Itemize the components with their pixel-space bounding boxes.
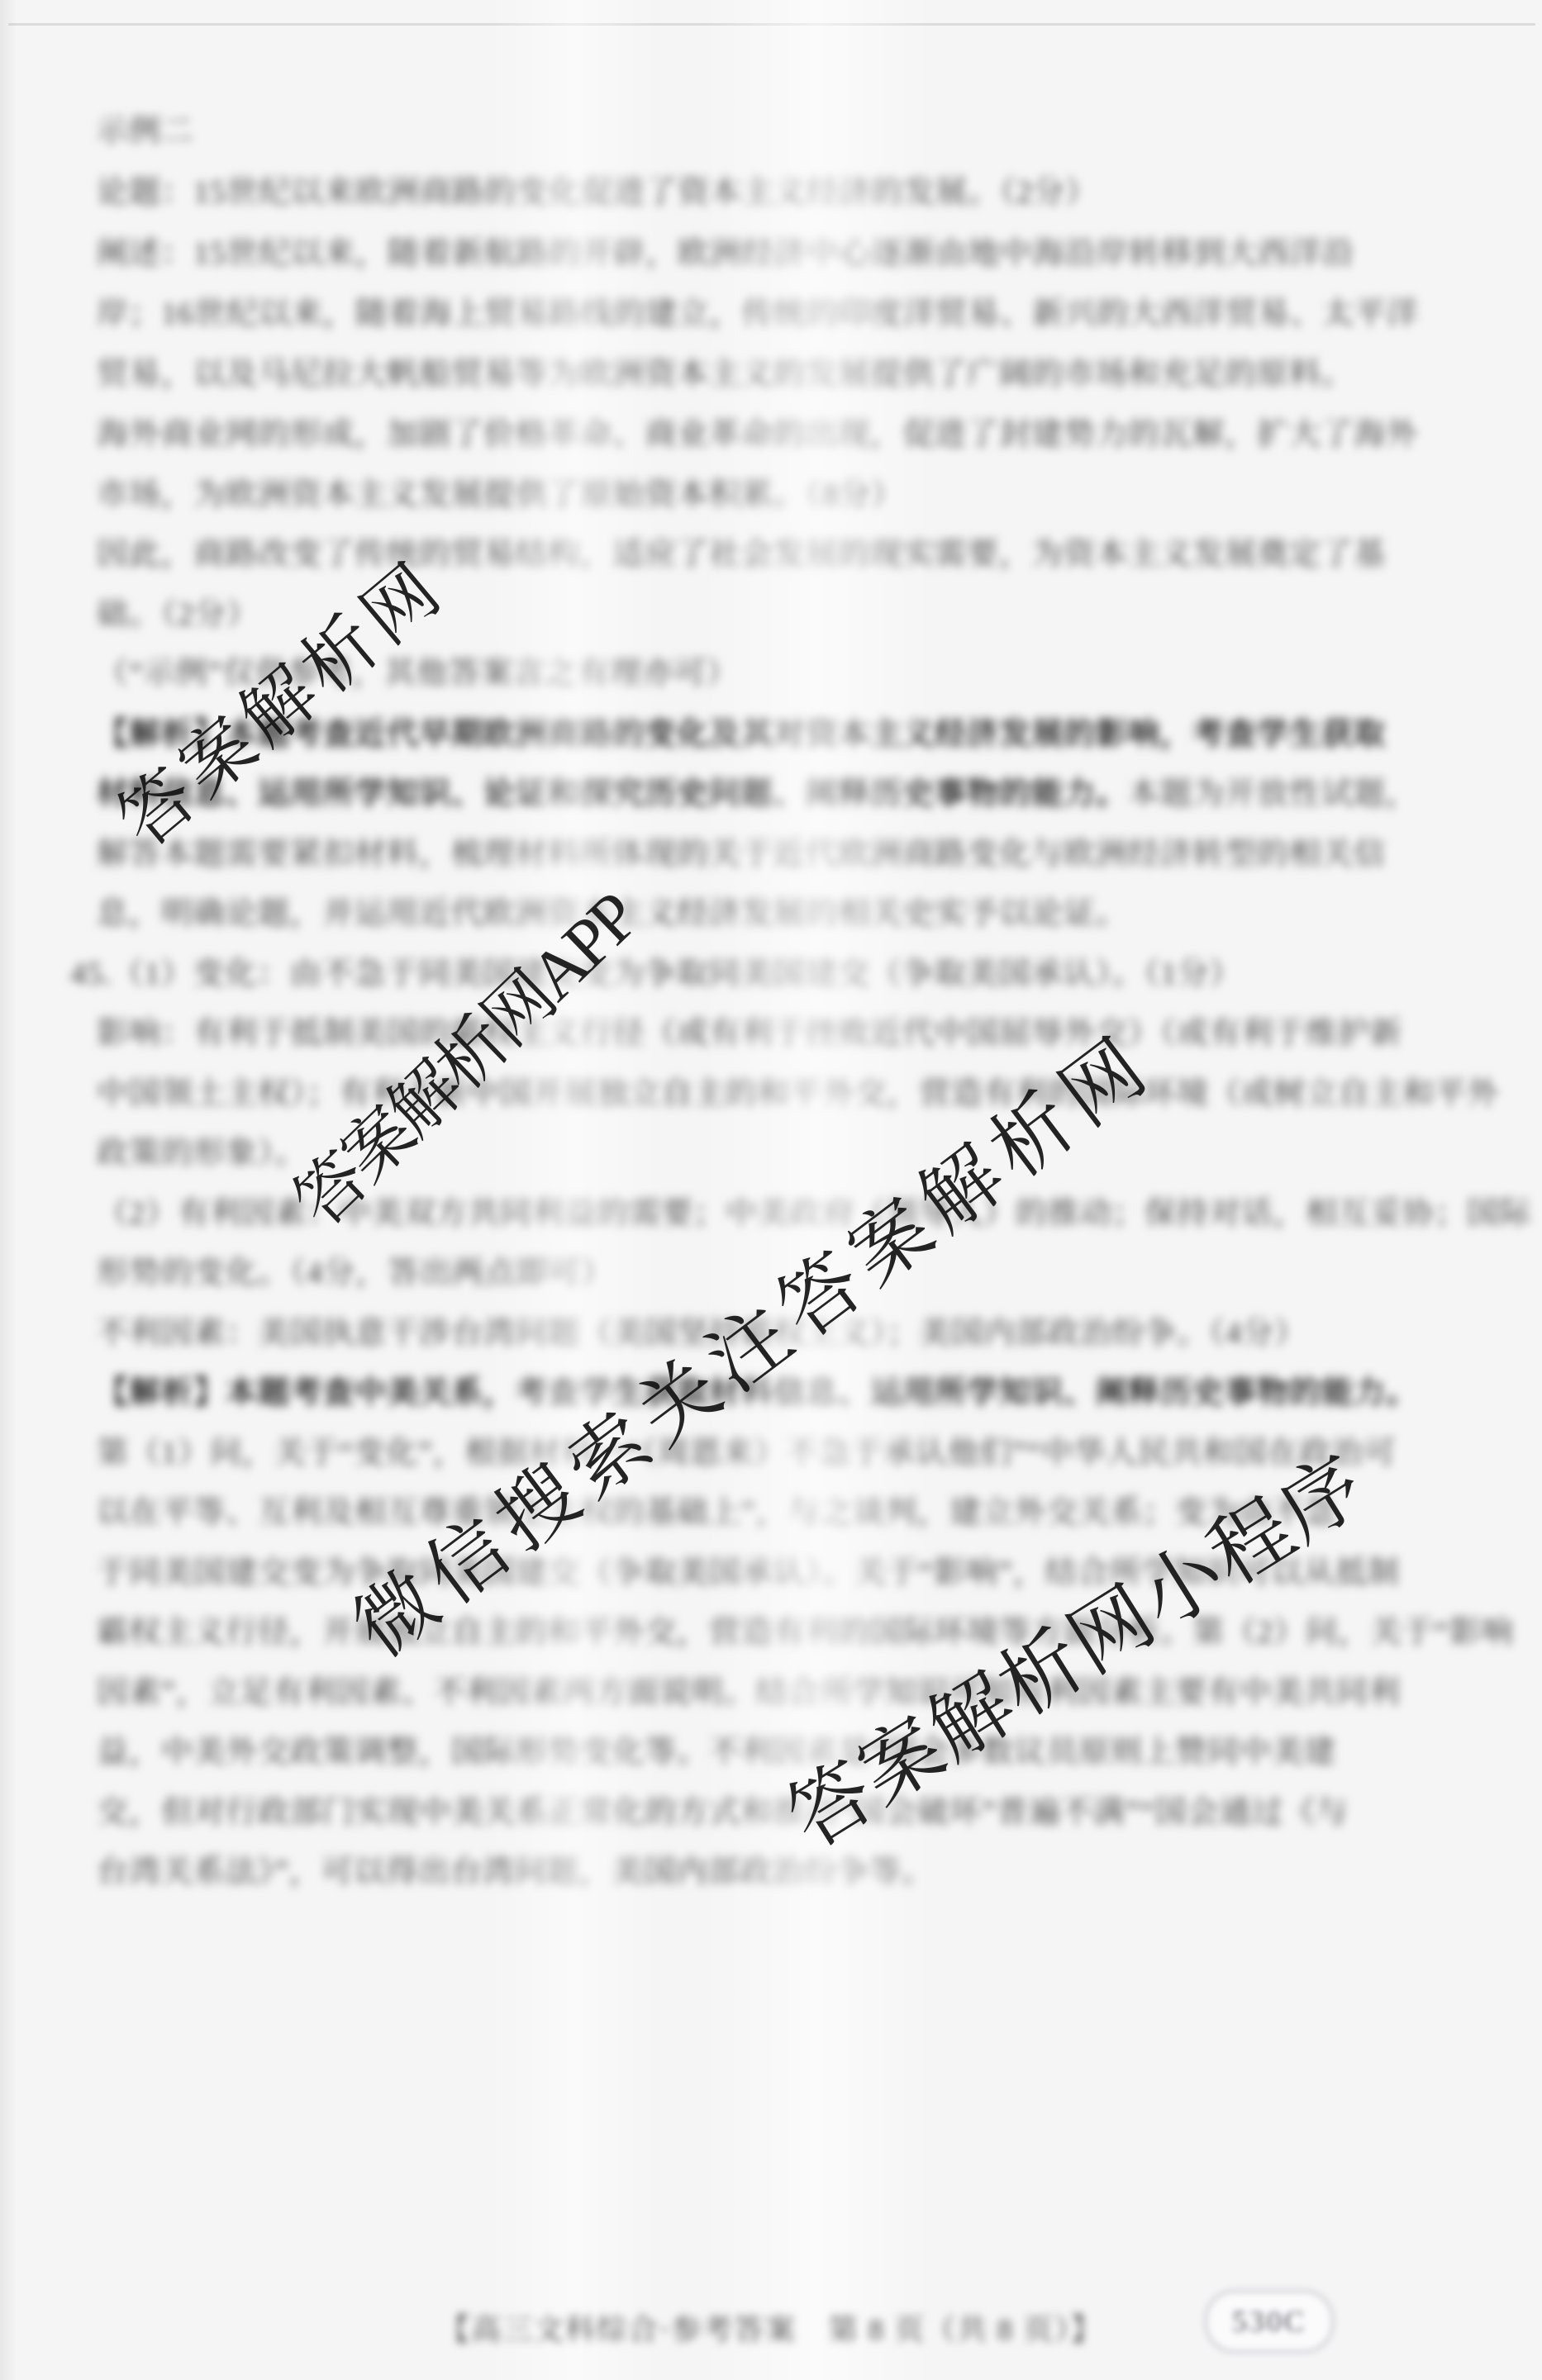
answer-text: 影响：有利于抵制美国的霸权主义行径（或有利于挫败近代中国屈辱外交）（或有利于维护… xyxy=(97,1016,1402,1051)
answer-text: 霸权主义行径，开展独立自主的和平外交，营造有利的国际环境等方面分析。第（2）问，… xyxy=(97,1615,1514,1650)
answer-text: 解答本题需要紧扣材料，梳理材料所体现的关于近代欧洲商路变化与欧洲经济转型的相关信 xyxy=(97,837,1386,872)
answer-text-line: 息，明确论题，并运用近代欧洲资本主义经济发展的相关史实予以论证。 xyxy=(97,898,1128,929)
answer-text-line: 因素”，立足有利因素、不利因素两方面说明。结合所学知识可知有利因素主要有中美共同… xyxy=(97,1677,1401,1708)
answer-text-line: 于同美国建交变为争取同美国建交（争取美国承认）。关于“影响”，结合所学知识可以从… xyxy=(97,1557,1400,1589)
answer-text-line: 第（1）问，关于“变化”，根据材料一“（周恩来）不急于承认他们”“中华人民共和国… xyxy=(97,1437,1396,1469)
answer-text-line: 解答本题需要紧扣材料，梳理材料所体现的关于近代欧洲商路变化与欧洲经济转型的相关信 xyxy=(97,838,1386,870)
answer-text: 因素”，立足有利因素、不利因素两方面说明。结合所学知识可知有利因素主要有中美共同… xyxy=(97,1675,1401,1710)
answer-text: 45.（1）变化：由不急于同美国建交变为争取同美国建交（争取美国承认）。（1分） xyxy=(70,957,1242,991)
answer-text-line: 中国领土主权）；有利于新中国开展独立自主的和平外交，营造有利的国际环境（或树立自… xyxy=(97,1078,1499,1109)
answer-text: 础。（2分） xyxy=(97,597,259,632)
blurred-text-layer: 示例二论题：15世纪以来欧洲商路的变化促进了资本主义经济的发展。（2分）阐述：1… xyxy=(0,0,1542,2380)
answer-text: 市场，为欧洲资本主义发展提供了原始资本积累。（8分） xyxy=(97,477,903,512)
answer-text-line: 不利因素：美国执意干涉台湾问题（美国坚持霸权主义）；美国内部政治纷争。（4分） xyxy=(97,1318,1306,1349)
answer-text-line: 因此，商路改变了传统的贸易结构，适应了社会发展的现实需要，为资本主义发展奠定了基 xyxy=(97,539,1386,570)
answer-text-line: 形势的变化。（4分，答出两点即可） xyxy=(97,1257,613,1289)
answer-text-line: 材料信息、运用所学知识、论证和探究历史问题、阐释历史事物的能力。本题为开放性试题… xyxy=(97,778,1418,810)
answer-text-bold: 【解析】本题考查中美关系，考查学生获取材料信息、运用所学知识、阐释历史事物的能力… xyxy=(97,1375,1418,1410)
answer-text-line: （2）有利因素：中美双方共同利益的需要；中美政府（领导人）的推动；保持对话，相互… xyxy=(97,1198,1531,1229)
answer-text: 以在平等、互利及相互尊重领土主权的基础上”，与之谈判，建立外交关系；变为由不急 xyxy=(97,1495,1336,1530)
answer-text: （“示例”仅供参考，其他答案言之有理亦可） xyxy=(97,656,739,691)
answer-text: 论题：15世纪以来欧洲商路的变化促进了资本主义经济的发展。（2分） xyxy=(97,175,1097,210)
footer-text: 【高三文科综合·参考答案 第 8 页（共 8 页）】 xyxy=(440,2313,1102,2346)
answer-text-line: 市场，为欧洲资本主义发展提供了原始资本积累。（8分） xyxy=(97,479,903,511)
answer-text: 阐述：15世纪以来，随着新航路的开辟，欧洲经济中心逐渐由地中海沿岸转移到大西洋沿 xyxy=(97,236,1354,271)
paper-code-badge: 530C xyxy=(1205,2290,1334,2353)
answer-text-line: 岸；16世纪以来，随着海上贸易路线的建立，传统的印度洋贸易、新兴的大西洋贸易、太… xyxy=(97,298,1419,330)
answer-text: 贸易，以及马尼拉大帆船贸易等为欧洲资本主义的发展提供了广阔的市场和充足的原料。 xyxy=(97,357,1354,392)
answer-text-line: 以在平等、互利及相互尊重领土主权的基础上”，与之谈判，建立外交关系；变为由不急 xyxy=(97,1497,1336,1528)
answer-text-line: 台湾关系法》”，可以得出台湾问题，美国内部政治纷争等。 xyxy=(97,1856,934,1888)
answer-text-line: 益，中美外交政策调整，国际形势变化等。不利因素是“国会多数议员原则上赞同中美建 xyxy=(97,1736,1336,1768)
answer-text-line: 影响：有利于抵制美国的霸权主义行径（或有利于挫败近代中国屈辱外交）（或有利于维护… xyxy=(97,1018,1402,1049)
answer-text: 不利因素：美国执意干涉台湾问题（美国坚持霸权主义）；美国内部政治纷争。（4分） xyxy=(97,1316,1306,1351)
answer-text: 岸；16世纪以来，随着海上贸易路线的建立，传统的印度洋贸易、新兴的大西洋贸易、太… xyxy=(97,297,1419,331)
answer-text: 中国领土主权）；有利于新中国开展独立自主的和平外交，营造有利的国际环境（或树立自… xyxy=(97,1076,1499,1111)
answer-text-bold: 材料信息、运用所学知识、论证和探究历史问题、阐释历史事物的能力。 xyxy=(97,777,1128,811)
answer-text-bold: 【解析】本题考查近代早期欧洲商路的变化及其对资本主义经济发展的影响，考查学生获取 xyxy=(97,717,1386,752)
answer-text: 政策的形象）。 xyxy=(97,1136,307,1171)
paper-code-text: 530C xyxy=(1232,2304,1306,2339)
answer-text: 本题为开放性试题， xyxy=(1128,777,1418,811)
answer-text: 台湾关系法》”，可以得出台湾问题，美国内部政治纷争等。 xyxy=(97,1855,934,1889)
answer-text-line: 示例二 xyxy=(97,116,193,147)
answer-text-line: 【解析】本题考查中美关系，考查学生获取材料信息、运用所学知识、阐释历史事物的能力… xyxy=(97,1377,1418,1409)
answer-text-line: 【解析】本题考查近代早期欧洲商路的变化及其对资本主义经济发展的影响，考查学生获取 xyxy=(97,719,1386,750)
answer-text: 益，中美外交政策调整，国际形势变化等。不利因素是“国会多数议员原则上赞同中美建 xyxy=(97,1735,1336,1770)
answer-text-line: 论题：15世纪以来欧洲商路的变化促进了资本主义经济的发展。（2分） xyxy=(97,177,1097,208)
answer-text: 示例二 xyxy=(97,114,193,149)
answer-text: 第（1）问，关于“变化”，根据材料一“（周恩来）不急于承认他们”“中华人民共和国… xyxy=(97,1436,1396,1470)
answer-text-line: 阐述：15世纪以来，随着新航路的开辟，欧洲经济中心逐渐由地中海沿岸转移到大西洋沿 xyxy=(97,238,1354,269)
answer-text: 交，但对行政部门实现中美关系正常化的方式和推动“国会破坏”普遍不满”“国会通过《… xyxy=(97,1795,1348,1830)
answer-text: （2）有利因素：中美双方共同利益的需要；中美政府（领导人）的推动；保持对话，相互… xyxy=(97,1196,1531,1231)
answer-text-line: 海外商业网的形成，加剧了价格革命、商业革命的出现，促进了封建势力的瓦解，扩大了海… xyxy=(97,419,1418,450)
answer-text-line: 45.（1）变化：由不急于同美国建交变为争取同美国建交（争取美国承认）。（1分） xyxy=(70,958,1242,990)
answer-text: 于同美国建交变为争取同美国建交（争取美国承认）。关于“影响”，结合所学知识可以从… xyxy=(97,1556,1400,1590)
answer-text: 形势的变化。（4分，答出两点即可） xyxy=(97,1256,613,1290)
answer-text-line: （“示例”仅供参考，其他答案言之有理亦可） xyxy=(97,658,739,689)
answer-text-line: 霸权主义行径，开展独立自主的和平外交，营造有利的国际环境等方面分析。第（2）问，… xyxy=(97,1617,1514,1648)
answer-text-line: 贸易，以及马尼拉大帆船贸易等为欧洲资本主义的发展提供了广阔的市场和充足的原料。 xyxy=(97,359,1354,390)
answer-text: 海外商业网的形成，加剧了价格革命、商业革命的出现，促进了封建势力的瓦解，扩大了海… xyxy=(97,417,1418,452)
answer-text-line: 交，但对行政部门实现中美关系正常化的方式和推动“国会破坏”普遍不满”“国会通过《… xyxy=(97,1797,1348,1828)
answer-text: 息，明确论题，并运用近代欧洲资本主义经济发展的相关史实予以论证。 xyxy=(97,896,1128,931)
answer-text: 因此，商路改变了传统的贸易结构，适应了社会发展的现实需要，为资本主义发展奠定了基 xyxy=(97,537,1386,572)
answer-text-line: 政策的形象）。 xyxy=(97,1138,307,1169)
scanned-answer-page: 示例二论题：15世纪以来欧洲商路的变化促进了资本主义经济的发展。（2分）阐述：1… xyxy=(0,0,1542,2380)
answer-text-line: 础。（2分） xyxy=(97,599,259,630)
